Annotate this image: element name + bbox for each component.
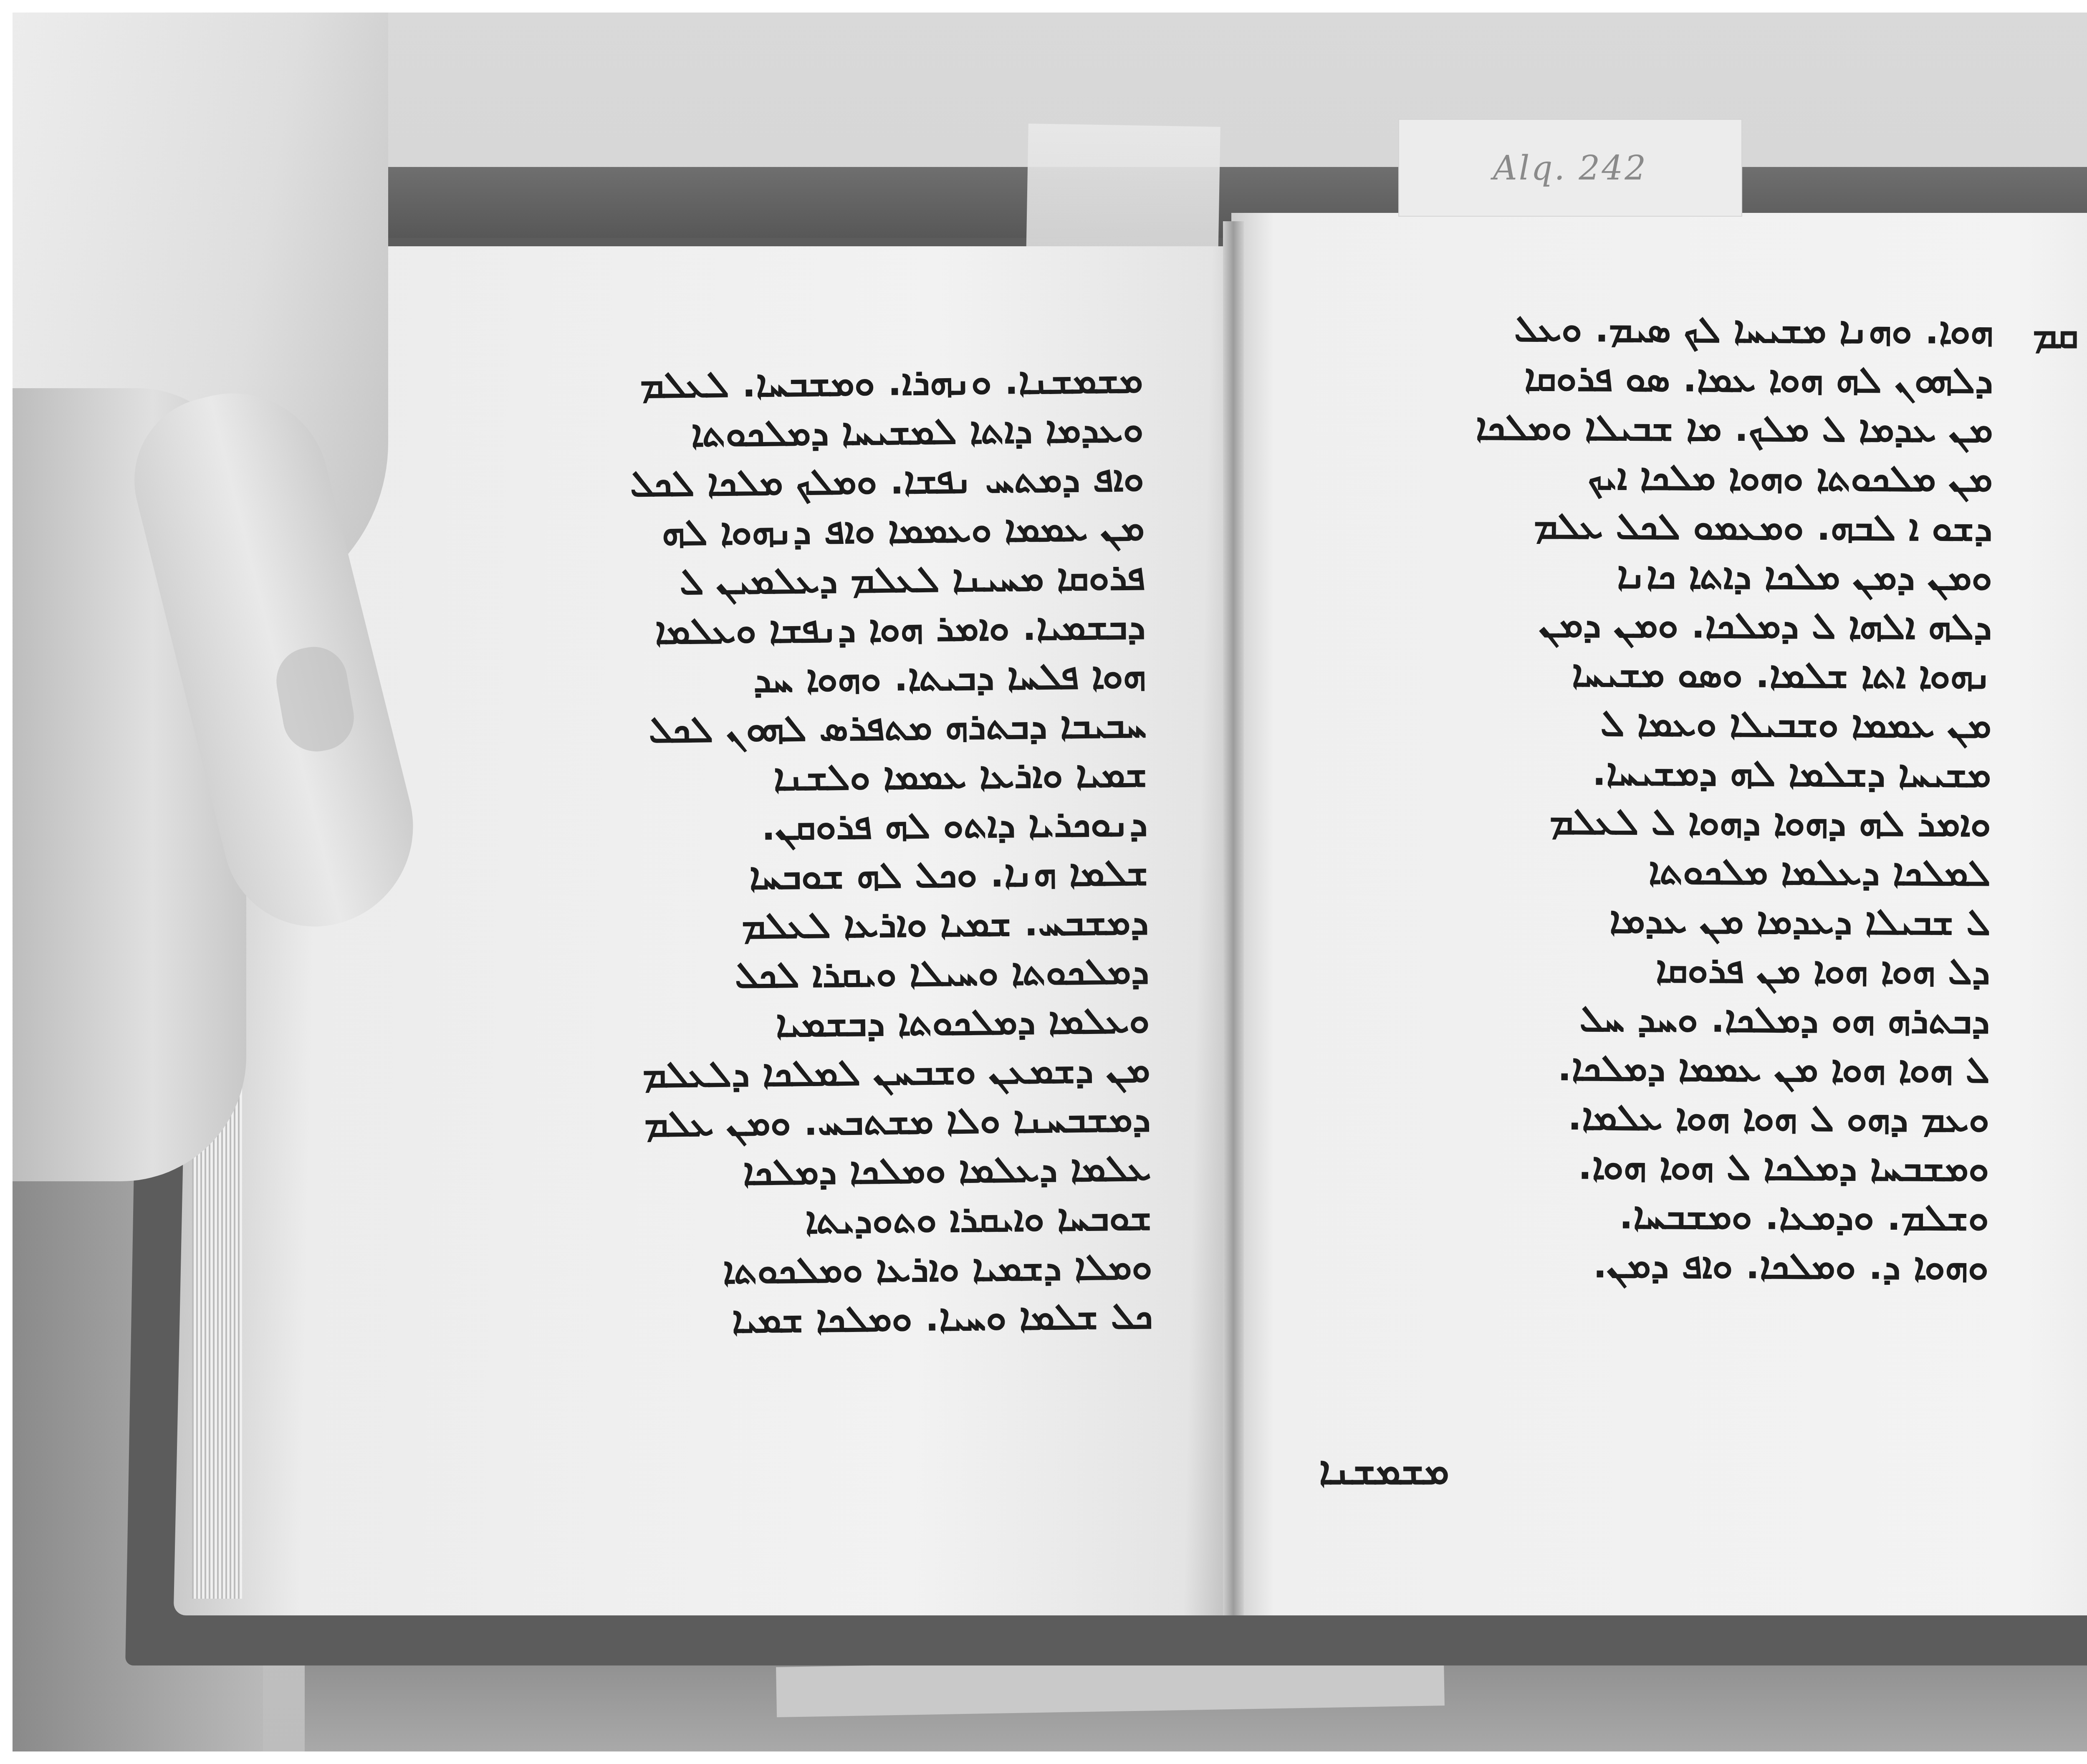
text-line: ܕܒܫܡܝܐ. ܘܐܡܪ ܗܘܐ ܕܢܦܫܐ ܘܥܠܡܐ [427,601,1146,658]
text-line: ܕܡܠܟܘܬܐ ܘܚܝܠܐ ܘܝܩܪܐ ܠܟܠ [431,946,1150,1003]
text-line: ܘܥܡ ܕܗܘ ܠ ܗܘܐ ܗܘܐ ܥܠܡܐ. [1301,1091,1990,1144]
text-line: ܘܫܠܡ. ܘܕܡܥܐ. ܘܡܫܒܚܐ. [1300,1190,1989,1243]
folio-number-mark: ܩܡ [2033,313,2079,357]
text-line: ܡܢ ܥܡܡܐ ܘܥܡܡܐ ܘܐܦ ܕܢܗܘܐ ܠܗ [426,503,1145,560]
text-line: ܘܡܫܒܚܐ ܕܡܠܟܐ ܠ ܗܘܐ ܗܘܐ. [1300,1140,1989,1193]
text-line: ܡܢ ܥܕܡܐ ܠ ܡܠܟ. ܡܐ ܫܒܝܠܐ ܘܡܠܟܐ [1304,402,1993,455]
text-line: ܘܡܠܐ ܕܫܡܝܐ ܘܐܪܥܐ ܘܡܠܟܘܬܐ [434,1242,1152,1299]
text-line: ܘܡܢ ܕܡܢ ܡܠܟܐ ܕܐܬܐ ܟܐܢܐ [1303,549,1992,602]
text-line: ܕܒܬܪܗ ܗܘ ܕܡܠܟܐ. ܘܚܕ ܚܠ [1301,993,1990,1046]
text-line: ܘܐܡܪ ܠܗ ܕܗܘܐ ܕܗܘܐ ܠ ܠܥܠܡ [1302,796,1991,849]
text-line: ܕܫܘ ܐ ܠܒܗ. ܘܡܥܡܘ ܠܟܠ ܥܠܡ [1304,500,1993,553]
text-line: ܕܠ ܗܘܐ ܗܘܐ ܡܢ ܦܪܘܩܐ [1301,943,1991,996]
text-line: ܡܫܡܫܢܐ. ܘܢܗܪܐ. ܘܡܫܒܚܐ. ܠܥܠܡ [425,355,1143,412]
manuscript-photograph: Alq. 242 ܡܫܡܫܢܐ. ܘܢܗܪܐ. ܘܡܫܒܚܐ. ܠܥܠܡ ܘܥܕ… [13,13,2087,1751]
text-line: ܘܗܘܐ ܕ. ܘܡܠܟܐ. ܘܐܦ ܕܡܢ. [1300,1239,1989,1292]
text-line: ܫܠܡܐ ܗܢܐ. ܘܟܠ ܠܗ ܫܘܒܚܐ [430,848,1148,905]
catchword: ܡܫܡܫܢܐ [1319,1448,1449,1494]
right-page-text: ܗܘܐ. ܘܗܢܐ ܡܫܝܚܐ ܠܟ ܣܝܡ. ܘܥܠ ܕܠܗܘܢ ܠܗ ܗܘܐ… [1300,303,1994,1292]
text-line: ܚܒܝܒܐ ܕܒܬܪܗ ܡܬܦܪܣ ܠܗܘܢ ܠܟܠ [428,700,1147,757]
text-line: ܕܡܫܒܚ. ܫܡܝܐ ܘܐܪܥܐ ܠܥܠܡ [430,897,1149,954]
text-line: ܕܢܘܟܪܝܐ ܕܐܬܘ ܠܗ ܦܪܘܩܢ. [430,799,1148,855]
text-line: ܠ ܗܘܐ ܗܘܐ ܡܢ ܥܡܡܐ ܕܡܠܟܐ. [1301,1042,1990,1095]
text-line: ܢܗܘܐ ܐܬܐ ܫܠܡܐ. ܘܣܘ ܡܫܝܚܐ [1303,648,1992,701]
text-line: ܠܡܠܟܐ ܕܥܠܡܐ ܡܠܟܘܬܐ [1302,845,1991,898]
text-line: ܫܘܒܚܐ ܘܐܝܩܪܐ ܘܬܘܕܝܬܐ [434,1193,1152,1249]
text-line: ܦܪܘܩܐ ܡܚܝܢܐ ܠܥܠܡ ܕܥܠܡܝܢ ܠ [427,552,1145,609]
text-line: ܠ ܫܒܝܠܐ ܕܥܕܡܐ ܡܢ ܥܕܡܐ [1301,894,1991,947]
text-line: ܕܡܫܒܚܢܐ ܘܠܐ ܡܫܬܒܚ. ܘܡܢ ܥܠܡ [432,1094,1151,1151]
book-gutter [1223,221,1244,1615]
text-line: ܕܠܗ ܐܠܗܐ ܠ ܕܡܠܟܐ. ܘܡܢ ܕܡܢ [1303,599,1992,652]
text-line: ܡܢ ܡܠܟܘܬܐ ܘܗܘܐ ܡܠܟܐ ܐܝܟ [1304,451,1993,504]
text-line: ܗܘܐ ܦܠܚܐ ܕܒܝܬܐ. ܘܗܘܐ ܚܕ [428,651,1146,708]
left-page-text: ܡܫܡܫܢܐ. ܘܢܗܪܐ. ܘܡܫܒܚܐ. ܠܥܠܡ ܘܥܕܡܐ ܕܐܬܐ ܠ… [425,355,1153,1348]
text-line: ܘܐܦ ܕܡܬܚ ܢܦܫܐ. ܘܡܠܟ ܡܠܟܐ ܠܟܠ [426,454,1144,510]
text-line: ܥܠܡܐ ܕܥܠܡܐ ܘܡܠܟܐ ܕܡܠܟܐ [433,1143,1151,1200]
shelf-mark-label: Alq. 242 [1398,119,1742,217]
text-line: ܡܢ ܕܫܡܥܢ ܘܫܒܚܢ ܠܡܠܟܐ ܕܠܥܠܡ [432,1045,1150,1102]
text-line: ܫܡܝܐ ܘܐܪܥܐ ܥܡܡܐ ܘܠܫܢܐ [429,749,1147,806]
text-line: ܟܠ ܫܠܡܐ ܘܚܝܐ. ܘܡܠܟܐ ܫܡܝܐ [435,1291,1153,1348]
text-line: ܡܫܝܚܐ ܕܫܠܡܐ ܠܗ ܕܡܫܝܚܐ. [1302,746,1991,799]
text-line: ܘܥܠܡܐ ܕܡܠܟܘܬܐ ܕܒܫܡܝܐ [432,996,1150,1052]
text-line: ܗܘܐ. ܘܗܢܐ ܡܫܝܚܐ ܠܟ ܣܝܡ. ܘܥܠ [1305,303,1994,356]
text-line: ܡܢ ܥܡܡܐ ܘܫܒܝܠܐ ܘܥܡܐ ܠ [1303,697,1992,750]
text-line: ܘܥܕܡܐ ܕܐܬܐ ܠܡܫܝܚܐ ܕܡܠܟܘܬܐ [425,404,1144,461]
shelf-mark-text: Alq. 242 [1493,149,1647,187]
text-line: ܕܠܗܘܢ ܠܗ ܗܘܐ ܥܡܐ. ܣܘ ܦܪܘܩܐ [1304,352,1994,405]
